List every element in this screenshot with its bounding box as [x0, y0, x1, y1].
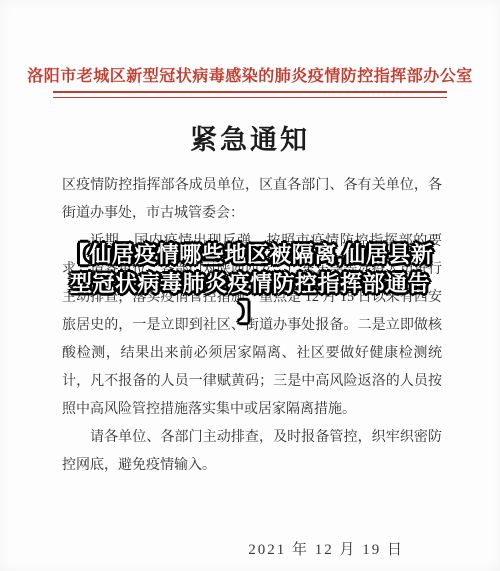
caption-overlay-line-1: 【仙居疫情哪些地区被隔离,仙居县新 [0, 240, 500, 269]
body-paragraph-2: 请各单位、各部门主动排查，及时报备管控，织牢织密防控网底，避免疫情输入。 [62, 424, 442, 480]
document-date: 2021 年 12 月 19 日 [248, 538, 404, 559]
letterhead-double-rule [53, 91, 447, 98]
caption-overlay-line-2: 型冠状病毒肺炎疫情防控指挥部通告 [0, 269, 500, 298]
notice-title: 紧急通知 [0, 118, 500, 157]
salutation-line: 区疫情防控指挥部各成员单位，区直各部门、各有关单位，各街道办事处，市古城管委会： [62, 172, 442, 228]
caption-overlay: 【仙居疫情哪些地区被隔离,仙居县新 型冠状病毒肺炎疫情防控指挥部通告 】 [0, 240, 500, 327]
caption-overlay-line-3: 】 [0, 298, 500, 327]
document-photo: 洛阳市老城区新型冠状病毒感染的肺炎疫情防控指挥部办公室 紧急通知 区疫情防控指挥… [0, 0, 500, 571]
letterhead-org-name: 洛阳市老城区新型冠状病毒感染的肺炎疫情防控指挥部办公室 [0, 63, 500, 86]
